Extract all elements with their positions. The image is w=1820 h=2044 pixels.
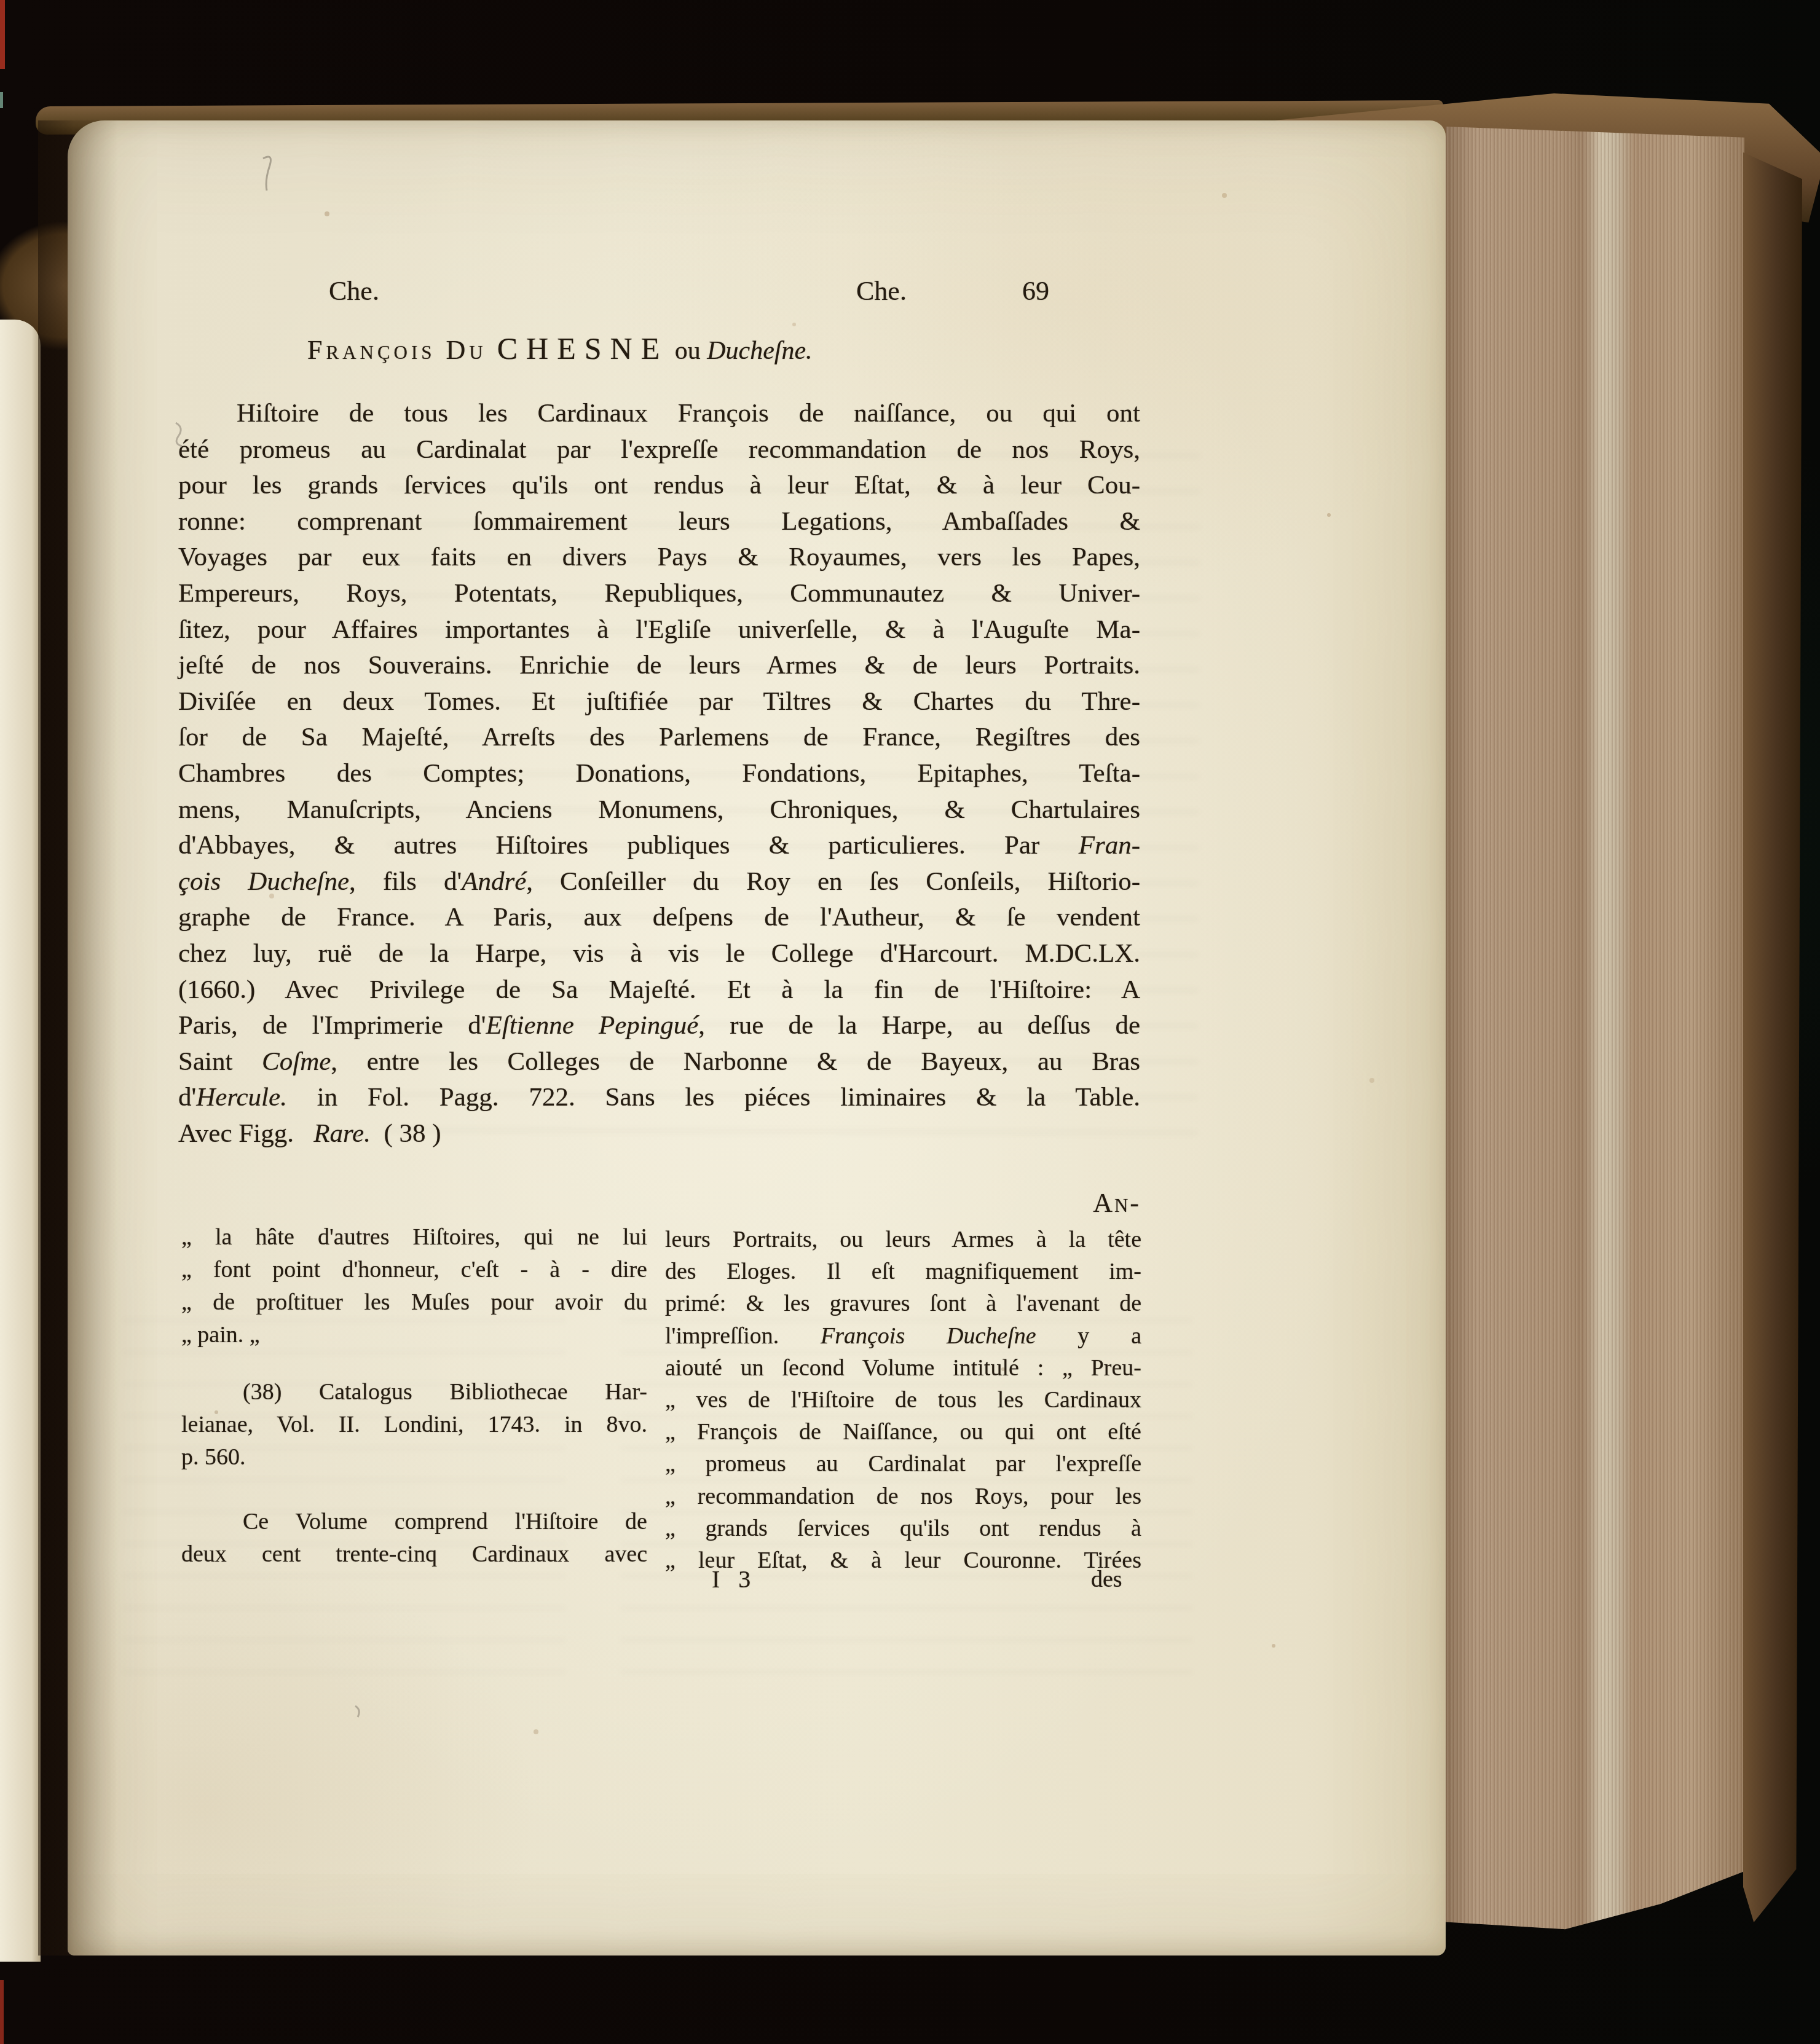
footnote-line: l'impreſſion. François Ducheſne y a (665, 1323, 1141, 1350)
footnote-line: „ pain. „ (181, 1322, 647, 1349)
scan-edge-mark (0, 0, 5, 69)
footnote-line: „ promeus au Cardinalat par l'expreſſe (665, 1451, 1141, 1478)
book-page: Che. Che. 69 François Du CHESNE ou Duche… (68, 120, 1446, 1956)
text-segment: (38) Catalogus Bibliothecae Har- (243, 1379, 647, 1405)
text-segment: leianae, Vol. II. Londini, 1743. in 8vo. (181, 1412, 647, 1437)
text-segment: „ de proſtituer les Muſes pour avoir du (181, 1289, 647, 1315)
footnote-line: „ François de Naiſſance, ou qui ont eſté (665, 1419, 1141, 1446)
footnote-left-column: „ la hâte d'autres Hiſtoires, qui ne lui… (181, 120, 647, 1956)
footnote-line: „ de proſtituer les Muſes pour avoir du (181, 1289, 647, 1316)
footnote-line: „ la hâte d'autres Hiſtoires, qui ne lui (181, 1224, 647, 1251)
footnote-line: primé: & les gravures ſont à l'avenant d… (665, 1291, 1141, 1318)
footnote-line: „ grands ſervices qu'ils ont rendus à (665, 1515, 1141, 1543)
text-segment: Ce Volume comprend l'Hiſtoire de (243, 1509, 647, 1535)
text-segment: „ font point d'honneur, c'eſt - à - dire (181, 1257, 647, 1283)
footnote-line: „ recommandation de nos Roys, pour les (665, 1484, 1141, 1511)
facing-page-edge (0, 320, 41, 1962)
paper-specks (68, 120, 70, 123)
text-segment: deux cent trente-cinq Cardinaux avec (181, 1541, 647, 1567)
footnote-right-column: leurs Portraits, ou leurs Armes à la têt… (665, 120, 1141, 1956)
book-cover-edge (1743, 152, 1802, 1922)
book-fore-edge (1446, 127, 1744, 1936)
text-segment: „ pain. „ (181, 1322, 260, 1348)
bottom-catchword: des (1091, 1566, 1122, 1593)
text-segment: „ promeus au Cardinalat par l'expreſſe (665, 1451, 1141, 1477)
text-segment: p. 560. (181, 1444, 246, 1470)
text-segment: „ recommandation de nos Roys, pour les (665, 1484, 1141, 1509)
text-segment: „ François de Naiſſance, ou qui ont eſté (665, 1419, 1141, 1445)
signature-mark: I 3 (712, 1565, 757, 1594)
text-segment: „ la hâte d'autres Hiſtoires, qui ne lui (181, 1224, 647, 1250)
footnote-line: deux cent trente-cinq Cardinaux avec (181, 1541, 647, 1568)
text-segment: l'impreſſion. (665, 1323, 821, 1349)
footnote-line: des Eloges. Il eſt magnifiquement im- (665, 1259, 1141, 1286)
text-segment: primé: & les gravures ſont à l'avenant d… (665, 1291, 1141, 1316)
footnote-line: „ font point d'honneur, c'eſt - à - dire (181, 1257, 647, 1284)
text-segment: y a (1036, 1323, 1141, 1349)
footnote-line: Ce Volume comprend l'Hiſtoire de (181, 1509, 647, 1536)
footnote-line: leianae, Vol. II. Londini, 1743. in 8vo. (181, 1412, 647, 1439)
footnote-line: leurs Portraits, ou leurs Armes à la têt… (665, 1227, 1141, 1254)
text-segment: leurs Portraits, ou leurs Armes à la têt… (665, 1227, 1141, 1252)
photographed-book-scene: Che. Che. 69 François Du CHESNE ou Duche… (0, 0, 1820, 2044)
text-segment: des Eloges. Il eſt magnifiquement im- (665, 1259, 1141, 1284)
footnote-line: (38) Catalogus Bibliothecae Har- (181, 1379, 647, 1406)
scan-edge-mark (0, 92, 3, 108)
footnote-line: „ ves de l'Hiſtoire de tous les Cardinau… (665, 1387, 1141, 1414)
text-segment: „ grands ſervices qu'ils ont rendus à (665, 1515, 1141, 1541)
footnote-line: aiouté un ſecond Volume intitulé : „ Pre… (665, 1355, 1141, 1382)
text-segment: aiouté un ſecond Volume intitulé : „ Pre… (665, 1355, 1141, 1381)
scan-edge-mark (0, 1980, 4, 2044)
text-segment: „ ves de l'Hiſtoire de tous les Cardinau… (665, 1387, 1141, 1413)
footnote-line: p. 560. (181, 1444, 647, 1471)
text-segment: François Ducheſne (821, 1323, 1036, 1349)
